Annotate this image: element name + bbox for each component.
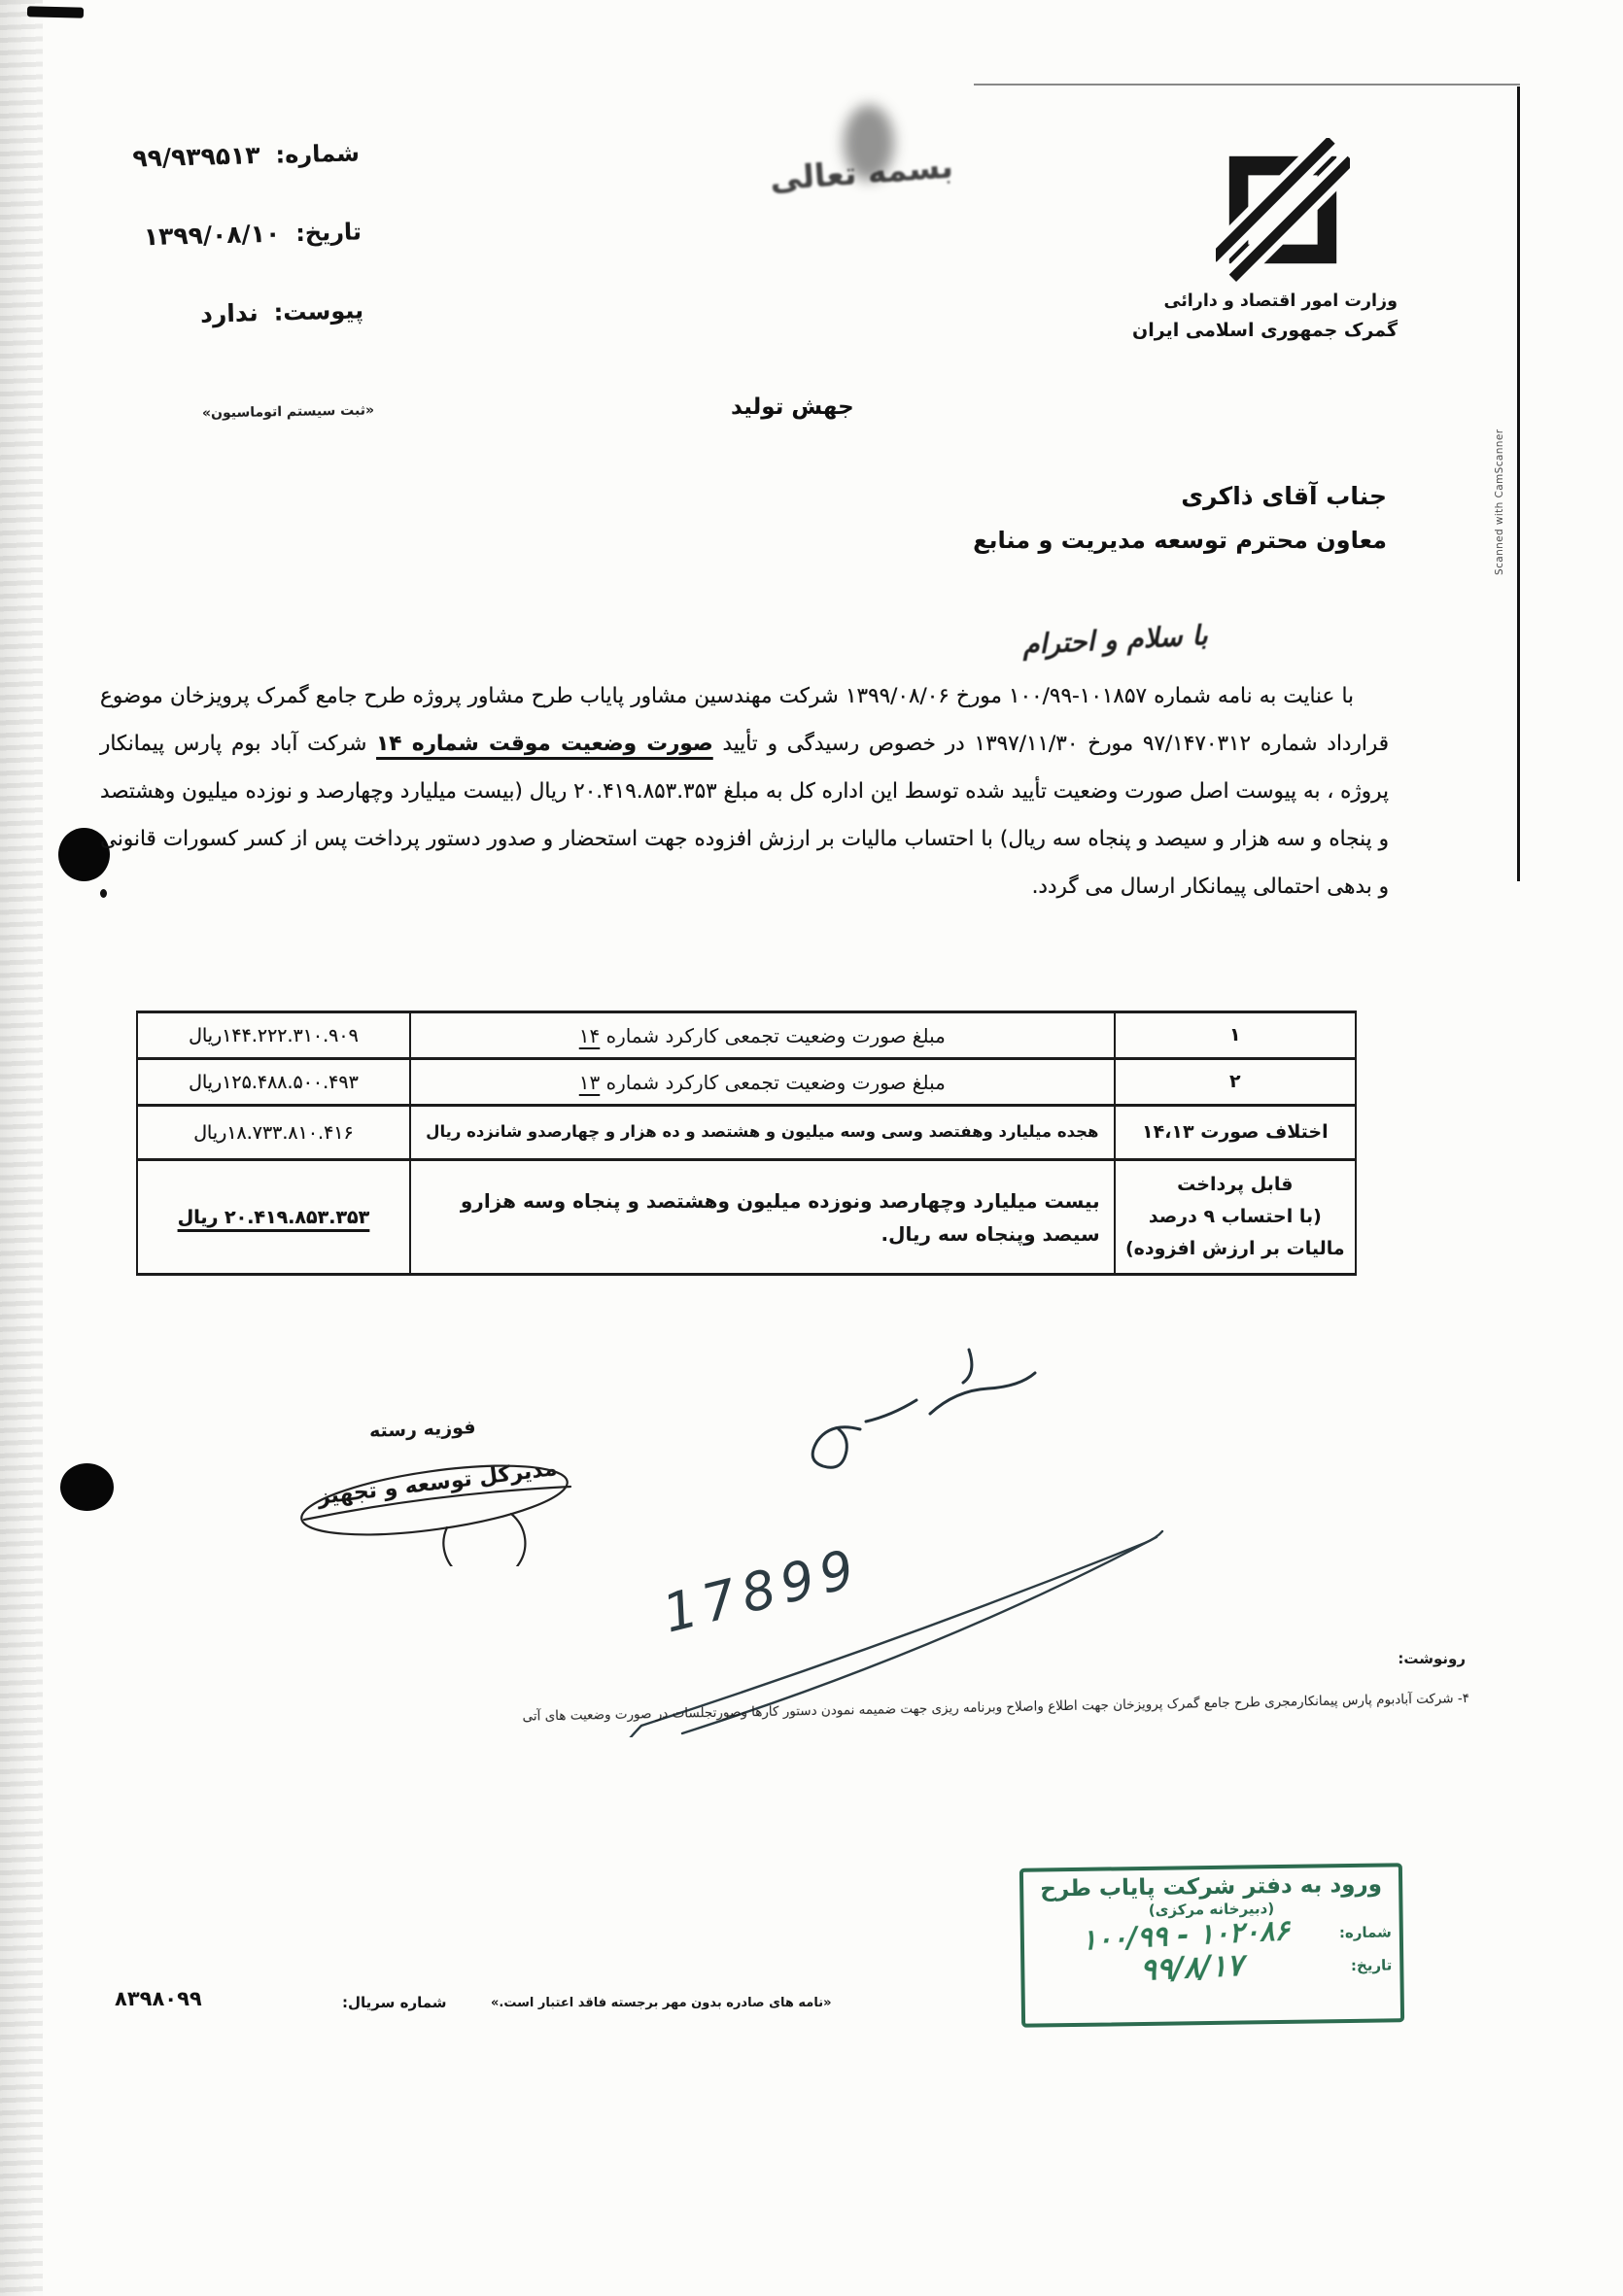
amount-value: ۱۲۵.۴۸۸.۵۰۰.۴۹۳ریال bbox=[189, 1072, 359, 1093]
camscanner-watermark: Scanned with CamScanner bbox=[1494, 429, 1505, 575]
row-label-cell: ۱ bbox=[1115, 1012, 1356, 1059]
table-row: قابل پرداخت (با احتساب ۹ درصد مالیات بر … bbox=[137, 1160, 1356, 1275]
recipient-title: معاون محترم توسعه مدیریت و منابع bbox=[973, 527, 1387, 554]
customs-logo-icon bbox=[1216, 138, 1350, 282]
scan-corner-mark bbox=[27, 6, 84, 18]
salutation-handwriting: با سلام و احترام bbox=[1021, 619, 1208, 661]
scan-edge-noise bbox=[0, 0, 43, 2296]
letter-date-value: ۱۳۹۹/۰۸/۱۰ bbox=[144, 220, 281, 252]
letter-attachment-value: ندارد bbox=[200, 298, 259, 328]
row-amount-cell: ۱۸.۷۳۳.۸۱۰.۴۱۶ریال bbox=[137, 1106, 410, 1160]
row-label-cell: اختلاف صورت ۱۴،۱۳ bbox=[1115, 1106, 1356, 1160]
letter-number-label: شماره: bbox=[275, 139, 360, 168]
customs-name: گمرک جمهوری اسلامی ایران bbox=[1168, 320, 1398, 341]
body-text-part2: شرکت آباد بوم پارس پیمانکار پروژه ، به پ… bbox=[100, 732, 1389, 899]
stamp-date-label: تاریخ: bbox=[1351, 1956, 1393, 1974]
letter-date-row: تاریخ: ۱۳۹۹/۰۸/۱۰ bbox=[89, 217, 363, 252]
letter-body-paragraph: با عنایت به نامه شماره ۱۰۱۸۵۷-۱۰۰/۹۹ مور… bbox=[100, 672, 1389, 910]
amount-value: ۲۰.۴۱۹.۸۵۳.۳۵۳ ریال bbox=[178, 1207, 370, 1228]
row-description-cell: مبلغ صورت وضعیت تجمعی کارکرد شماره ۱۴ bbox=[410, 1012, 1115, 1059]
row-label-cell: ۲ bbox=[1115, 1059, 1356, 1106]
scan-border-right-line bbox=[1517, 86, 1520, 881]
year-slogan: جهش تولید bbox=[731, 394, 854, 420]
punch-hole-bottom bbox=[60, 1463, 114, 1511]
table-row: ۲مبلغ صورت وضعیت تجمعی کارکرد شماره ۱۳۱۲… bbox=[137, 1059, 1356, 1106]
signature-ellipse-stroke bbox=[287, 1450, 578, 1566]
amount-value: ۱۸.۷۳۳.۸۱۰.۴۱۶ریال bbox=[193, 1122, 353, 1144]
statement-table: ۱مبلغ صورت وضعیت تجمعی کارکرد شماره ۱۴۱۴… bbox=[136, 1011, 1357, 1276]
table-row: اختلاف صورت ۱۴،۱۳هجده میلیارد وهفتصد وسی… bbox=[137, 1106, 1356, 1160]
automation-registration-note: «ثبت سیستم اتوماسیون» bbox=[202, 402, 374, 421]
footer-serial-number: ۸۳۹۸۰۹۹ bbox=[115, 1987, 202, 2010]
row-label-cell: قابل پرداخت (با احتساب ۹ درصد مالیات بر … bbox=[1115, 1160, 1356, 1275]
scanned-letter-page: Scanned with CamScanner شماره: ۹۹/۹۳۹۵۱۳… bbox=[0, 0, 1623, 2296]
letter-attachment-label: پیوست: bbox=[273, 296, 363, 326]
besmellah-text: بسمه تعالی bbox=[769, 147, 954, 197]
footer-serial-label: شماره سریال: bbox=[342, 1994, 447, 2011]
recipient-block: جناب آقای ذاکری معاون محترم توسعه مدیریت… bbox=[973, 482, 1387, 554]
scan-border-top-line bbox=[974, 84, 1520, 86]
row-description-cell: مبلغ صورت وضعیت تجمعی کارکرد شماره ۱۳ bbox=[410, 1059, 1115, 1106]
footer-validity-notice: «نامه های صادره بدون مهر برجسته فاقد اعت… bbox=[491, 1996, 832, 2010]
handwritten-initial-scribble bbox=[714, 1336, 1054, 1511]
letter-number-row: شماره: ۹۹/۹۳۹۵۱۳ bbox=[87, 138, 361, 173]
entry-stamp: ورود به دفتر شرکت پایاب طرح (دبیرخانه مر… bbox=[1019, 1863, 1404, 2027]
recipient-name: جناب آقای ذاکری bbox=[973, 482, 1387, 510]
statement-number-underlined: ۱۴ bbox=[579, 1024, 600, 1047]
row-amount-cell: ۲۰.۴۱۹.۸۵۳.۳۵۳ ریال bbox=[137, 1160, 410, 1275]
ministry-name: وزارت امور اقتصاد و دارائی bbox=[1168, 291, 1398, 311]
table-row: ۱مبلغ صورت وضعیت تجمعی کارکرد شماره ۱۴۱۴… bbox=[137, 1012, 1356, 1059]
handwritten-number: 17899 bbox=[657, 1536, 867, 1644]
statement-number-underlined: ۱۳ bbox=[579, 1071, 600, 1094]
reference-block: شماره: ۹۹/۹۳۹۵۱۳ تاریخ: ۱۳۹۹/۰۸/۱۰ پیوست… bbox=[87, 138, 364, 330]
statement-table-body: ۱مبلغ صورت وضعیت تجمعی کارکرد شماره ۱۴۱۴… bbox=[137, 1012, 1356, 1275]
body-highlighted-phrase: صورت وضعیت موقت شماره ۱۴ bbox=[376, 732, 712, 756]
amount-value: ۱۴۴.۲۲۲.۳۱۰.۹۰۹ریال bbox=[189, 1025, 359, 1046]
row-amount-cell: ۱۴۴.۲۲۲.۳۱۰.۹۰۹ریال bbox=[137, 1012, 410, 1059]
letter-number-value: ۹۹/۹۳۹۵۱۳ bbox=[132, 141, 260, 172]
cc-label: رونوشت: bbox=[1398, 1650, 1466, 1667]
row-description-cell: بیست میلیارد وچهارصد ونوزده میلیون وهشتص… bbox=[410, 1160, 1115, 1275]
signatory-name: فوزیه رسته bbox=[369, 1417, 476, 1442]
row-amount-cell: ۱۲۵.۴۸۸.۵۰۰.۴۹۳ریال bbox=[137, 1059, 410, 1106]
row-description-cell: هجده میلیارد وهفتصد وسی وسه میلیون و هشت… bbox=[410, 1106, 1115, 1160]
stamp-title: ورود به دفتر شرکت پایاب طرح bbox=[1023, 1871, 1399, 1902]
letter-date-label: تاریخ: bbox=[295, 218, 362, 247]
letter-attachment-row: پیوست: ندارد bbox=[91, 295, 364, 330]
org-header-block: وزارت امور اقتصاد و دارائی گمرک جمهوری ا… bbox=[1168, 138, 1398, 341]
stamp-number-label: شماره: bbox=[1339, 1923, 1392, 1941]
